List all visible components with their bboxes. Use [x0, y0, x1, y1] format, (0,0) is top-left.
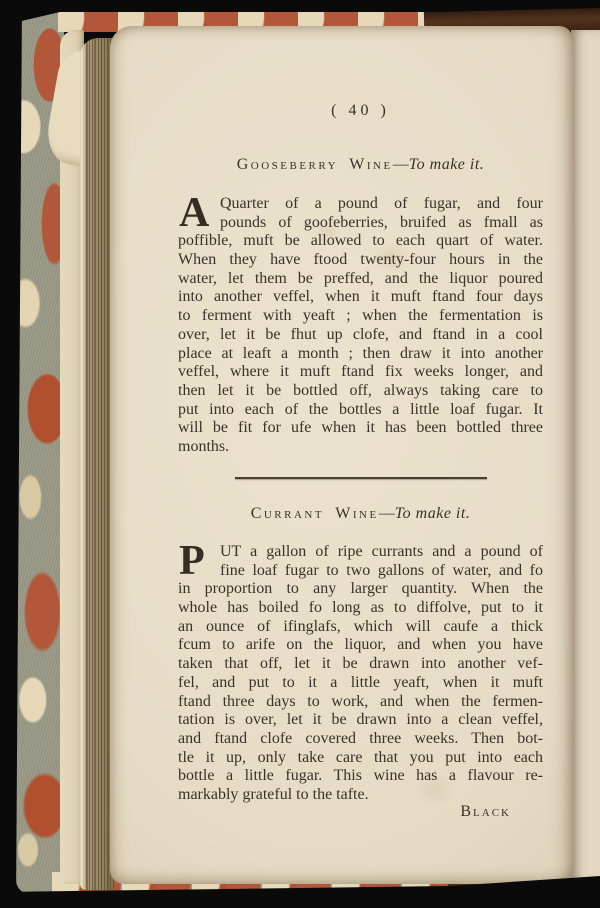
- text-line: to ferment with yeaft ; when the ferment…: [178, 307, 543, 326]
- text-line: tation is over, let it be drawn into a c…: [178, 711, 543, 730]
- text-line: whole has boiled fo long as to diffolve,…: [178, 599, 543, 618]
- book-page: ( 40 ) Gooseberry Wine—To make it. A Qua…: [110, 26, 573, 884]
- recipe-title-currant-wine: Currant Wine—To make it.: [178, 505, 543, 523]
- section-divider-rule: [235, 477, 487, 479]
- drop-cap: A: [179, 195, 209, 232]
- text-line: veffel, where it muft ftand fix weeks lo…: [178, 363, 543, 382]
- text-line: taken that off, let it be drawn into ano…: [178, 655, 543, 674]
- text-line: ftand three days to work, and when the f…: [178, 693, 543, 712]
- text-line: UT a gallon of ripe currants and a pound…: [178, 543, 543, 562]
- recipe-text-lines: UT a gallon of ripe currants and a pound…: [178, 543, 543, 805]
- text-line: months.: [178, 438, 543, 457]
- title-dash: —: [379, 505, 395, 522]
- text-line: into another veffel, when it muft ftand …: [178, 288, 543, 307]
- recipe-title-gooseberry-wine: Gooseberry Wine—To make it.: [178, 156, 543, 174]
- facing-page-sliver: [571, 30, 600, 882]
- recipe-text-lines: Quarter of a pound of fugar, and fourpou…: [178, 195, 543, 457]
- text-line: and ftand clofe covered three weeks. The…: [178, 730, 543, 749]
- text-line: bottle a little fugar. This wine has a f…: [178, 767, 543, 786]
- page-number: ( 40 ): [178, 102, 543, 120]
- text-line: then let it be bottled off, always takin…: [178, 382, 543, 401]
- book-photo: { "page": { "folio": "( 40 )", "catchwor…: [0, 0, 600, 908]
- recipe-title-name: Gooseberry Wine: [237, 156, 393, 173]
- text-line: in proportion to any larger quantity. Wh…: [178, 580, 543, 599]
- text-line: an ounce of ifinglafs, which will caufe …: [178, 618, 543, 637]
- text-line: fel, and put to it a little yeaft, when …: [178, 674, 543, 693]
- recipe-title-name: Currant Wine: [251, 505, 379, 522]
- text-line: fcum to arife on the liquor, and when yo…: [178, 636, 543, 655]
- text-line: fine loaf fugar to two gallons of water,…: [178, 562, 543, 581]
- title-dash: —: [393, 156, 409, 173]
- drop-cap: P: [179, 543, 205, 580]
- text-line: poffible, muft be allowed to each quart …: [178, 232, 543, 251]
- text-line: will be fit for ufe when it has been bot…: [178, 419, 543, 438]
- recipe-body-currant-wine: P UT a gallon of ripe currants and a pou…: [178, 543, 543, 805]
- text-line: over, let it be fhut up clofe, and ftand…: [178, 326, 543, 345]
- catchword: Black: [178, 803, 543, 821]
- recipe-title-subtitle: To make it.: [395, 505, 471, 522]
- text-line: Quarter of a pound of fugar, and four: [178, 195, 543, 214]
- text-line: markably grateful to the tafte.: [178, 786, 543, 805]
- page-stack-fore-edge: [80, 38, 114, 890]
- text-line: pounds of goofeberries, bruifed as fmall…: [178, 214, 543, 233]
- text-line: put into each of the bottles a little lo…: [178, 401, 543, 420]
- text-line: When they have ftood twenty-four hours i…: [178, 251, 543, 270]
- text-line: water, let them be preffed, and the liqu…: [178, 270, 543, 289]
- recipe-body-gooseberry-wine: A Quarter of a pound of fugar, and fourp…: [178, 195, 543, 457]
- recipe-title-subtitle: To make it.: [409, 156, 485, 173]
- text-line: tle it up, only take care that you put i…: [178, 749, 543, 768]
- text-line: place at leaft a month ; then draw it in…: [178, 345, 543, 364]
